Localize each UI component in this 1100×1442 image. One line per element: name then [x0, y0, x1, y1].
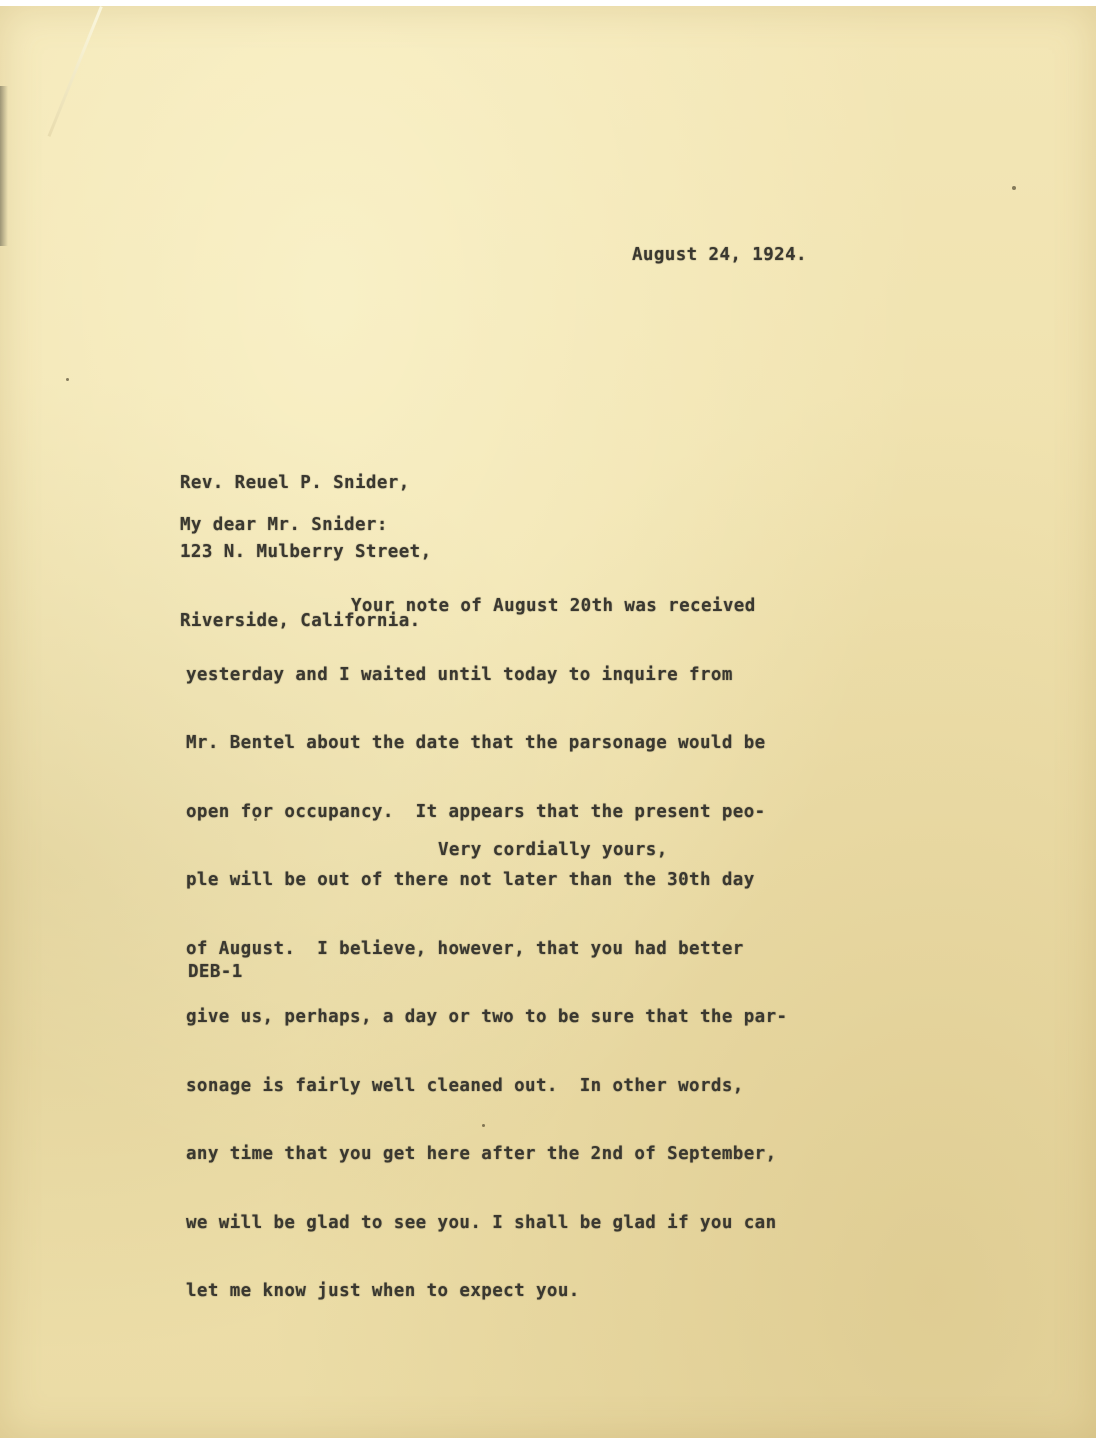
paper-speck: [482, 1124, 485, 1127]
letter-date: August 24, 1924.: [632, 244, 807, 267]
body-line: sonage is fairly well cleaned out. In ot…: [186, 1075, 787, 1098]
letter-page: August 24, 1924. Rev. Reuel P. Snider, 1…: [0, 6, 1096, 1438]
paper-speck: [66, 378, 69, 381]
body-line: we will be glad to see you. I shall be g…: [186, 1212, 787, 1235]
body-line: Mr. Bentel about the date that the parso…: [186, 732, 787, 755]
body-line: of August. I believe, however, that you …: [186, 938, 787, 961]
recipient-name: Rev. Reuel P. Snider,: [180, 472, 432, 495]
body-line: let me know just when to expect you.: [186, 1280, 787, 1303]
salutation: My dear Mr. Snider:: [180, 514, 388, 537]
paper-speck: [254, 818, 257, 821]
body-line: Your note of August 20th was received: [186, 595, 787, 618]
body-line: ple will be out of there not later than …: [186, 869, 787, 892]
body-line: open for occupancy. It appears that the …: [186, 801, 787, 824]
paper-crease: [48, 6, 103, 137]
paper-speck: [1012, 186, 1016, 190]
body-line: any time that you get here after the 2nd…: [186, 1143, 787, 1166]
typist-initials: DEB-1: [188, 961, 243, 984]
body-line: yesterday and I waited until today to in…: [186, 664, 787, 687]
closing: Very cordially yours,: [438, 839, 668, 862]
body-line: give us, perhaps, a day or two to be sur…: [186, 1006, 787, 1029]
letter-body: Your note of August 20th was received ye…: [186, 549, 787, 1349]
